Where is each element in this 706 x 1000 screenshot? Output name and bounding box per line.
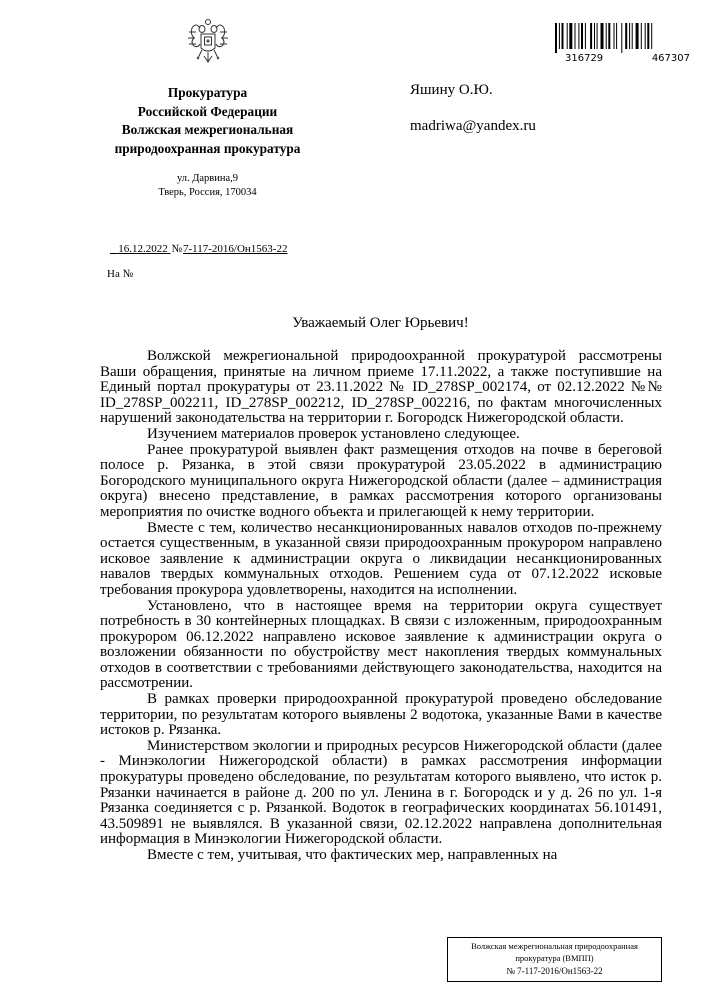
paragraph: Волжской межрегиональной природоохранной…: [100, 349, 662, 427]
address-line: Тверь, Россия, 170034: [95, 186, 320, 200]
paragraph: Вместе с тем, количество несанкционирова…: [100, 521, 662, 599]
number-sign: №: [172, 243, 183, 255]
russian-coat-of-arms-icon: [186, 18, 230, 64]
recipient-name: Яшину О.Ю.: [410, 80, 536, 100]
organization-name: Прокуратура Российской Федерации Волжска…: [95, 84, 320, 158]
org-line: Российской Федерации: [95, 103, 320, 122]
stamp-line: Волжская межрегиональная природоохранная: [448, 941, 661, 953]
paragraph: В рамках проверки природоохранной прокур…: [100, 692, 662, 739]
outgoing-number: 7-117-2016/Он1563-22: [183, 243, 287, 255]
barcode-left-number: 316729: [565, 53, 603, 64]
registration-stamp: Волжская межрегиональная природоохранная…: [447, 937, 662, 982]
recipient-email: madriwa@yandex.ru: [410, 116, 536, 136]
stamp-line: прокуратура (ВМПП): [448, 953, 661, 965]
paragraph: Установлено, что в настоящее время на те…: [100, 599, 662, 693]
barcode-numbers: 316729 467307: [565, 53, 690, 64]
outgoing-reference: 16.12.2022 № 7-117-2016/Он1563-22: [110, 243, 287, 255]
paragraph: Ранее прокуратурой выявлен факт размещен…: [100, 443, 662, 521]
organization-address: ул. Дарвина,9 Тверь, Россия, 170034: [95, 172, 320, 200]
paragraph: Вместе с тем, учитывая, что фактических …: [100, 848, 662, 864]
paragraph: Изучением материалов проверок установлен…: [100, 427, 662, 443]
in-reply-to-label: На №: [107, 268, 133, 280]
stamp-number: № 7-117-2016/Он1563-22: [448, 966, 661, 978]
barcode-right-number: 467307: [652, 53, 690, 64]
org-line: природоохранная прокуратура: [95, 140, 320, 159]
outgoing-date: 16.12.2022: [110, 243, 171, 255]
org-line: Прокуратура: [95, 84, 320, 103]
greeting: Уважаемый Олег Юрьевич!: [0, 315, 706, 332]
letter-body: Волжской межрегиональной природоохранной…: [100, 349, 662, 864]
barcode: [555, 23, 687, 53]
org-line: Волжская межрегиональная: [95, 121, 320, 140]
paragraph: Министерством экологии и природных ресур…: [100, 739, 662, 848]
recipient-block: Яшину О.Ю. madriwa@yandex.ru: [410, 80, 536, 136]
address-line: ул. Дарвина,9: [95, 172, 320, 186]
